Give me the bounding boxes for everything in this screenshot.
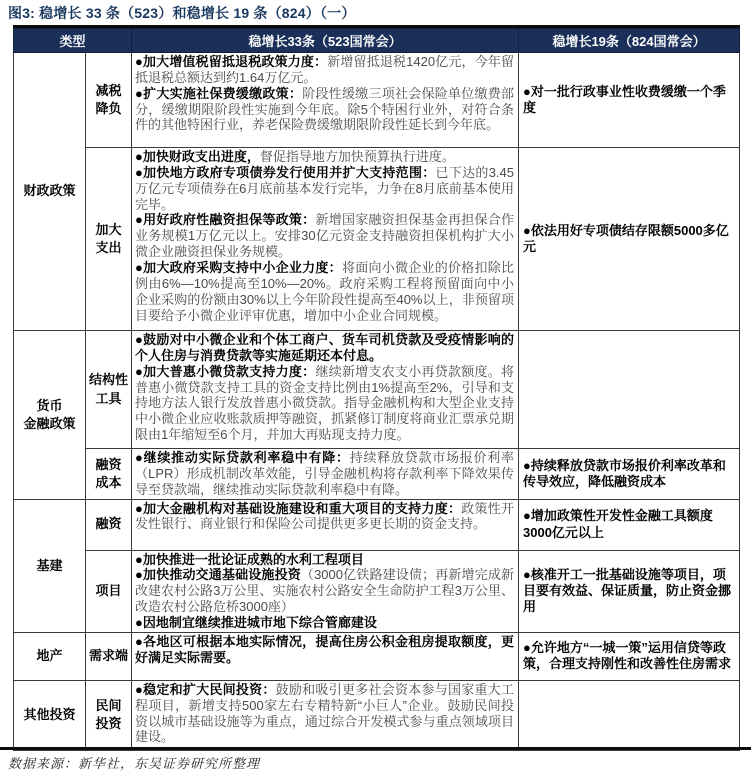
bullet-lead-text: ●加快财政支出进度， bbox=[135, 149, 260, 164]
table-row: 财政政策减税 降负●加大增值税留抵退税政策力度：新增留抵退税1420亿元，今年留… bbox=[14, 53, 740, 148]
subcategory-cell: 需求端 bbox=[86, 632, 132, 680]
policy-824-cell: ●允许地方“一城一策”运用信贷等政策，合理支持刚性和改善性住房需求 bbox=[519, 632, 740, 680]
bullet-lead-text: ●稳定和扩大民间投资： bbox=[135, 682, 276, 697]
bullet-lead-text: ●加快地方政府专项债券发行使用并扩大支持范围： bbox=[135, 165, 436, 180]
bullet-lead-text: ●加大金融机构对基础设施建设和重大项目的支持力度： bbox=[135, 501, 461, 516]
policy-824-cell: ●增加政策性开发性金融工具额度3000亿元以上 bbox=[519, 499, 740, 550]
policy-bullet: ●核准开工一批基础设施等项目，项目要有效益、保证质量，防止资金挪用 bbox=[523, 567, 734, 616]
policy-bullet: ●加快推进一批论证成熟的水利工程项目 bbox=[135, 552, 514, 568]
bullet-lead-text: ●继续推动实际贷款利率稳中有降： bbox=[135, 450, 350, 465]
policy-detail-cell: ●各地区可根据本地实际情况，提高住房公积金租房提取额度，更好满足实际需要。 bbox=[132, 632, 519, 680]
figure-title: 图3: 稳增长 33 条（523）和稳增长 19 条（824）（一） bbox=[8, 3, 356, 23]
policy-detail-cell: ●加快财政支出进度，督促指导地方加快预算执行进度。●加快地方政府专项债券发行使用… bbox=[132, 148, 519, 331]
subcategory-cell: 加大 支出 bbox=[86, 148, 132, 331]
subcategory-cell: 融资 bbox=[86, 499, 132, 550]
policy-bullet: ●加快财政支出进度，督促指导地方加快预算执行进度。 bbox=[135, 149, 514, 165]
policy-detail-cell: ●稳定和扩大民间投资：鼓励和吸引更多社会资本参与国家重大工程项目，新增支持500… bbox=[132, 680, 519, 750]
category-cell: 货币 金融政策 bbox=[14, 331, 86, 500]
table-row: 基建融资●加大金融机构对基础设施建设和重大项目的支持力度：政策性开发性银行、商业… bbox=[14, 499, 740, 550]
data-source-note: 数据来源：新华社，东吴证券研究所整理 bbox=[8, 753, 260, 771]
policy-detail-cell: ●继续推动实际贷款利率稳中有降：持续释放贷款市场报价利率（LPR）形成机制改革效… bbox=[132, 449, 519, 500]
policy-table-body: 财政政策减税 降负●加大增值税留抵退税政策力度：新增留抵退税1420亿元，今年留… bbox=[14, 53, 740, 751]
bullet-lead-text: ●因地制宜继续推进城市地下综合管廊建设 bbox=[135, 615, 377, 630]
header-cell-824: 稳增长19条（824国常会） bbox=[519, 29, 740, 53]
table-row: 融资 成本●继续推动实际贷款利率稳中有降：持续释放贷款市场报价利率（LPR）形成… bbox=[14, 449, 740, 500]
bullet-lead-text: ●加快推进一批论证成熟的水利工程项目 bbox=[135, 552, 364, 567]
subcategory-cell: 减税 降负 bbox=[86, 53, 132, 148]
bullet-lead-text: ●各地区可根据本地实际情况，提高住房公积金租房提取额度，更好满足实际需要。 bbox=[135, 634, 514, 665]
policy-bullet: ●允许地方“一城一策”运用信贷等政策，合理支持刚性和改善性住房需求 bbox=[523, 640, 734, 673]
subcategory-cell: 结构性 工具 bbox=[86, 331, 132, 449]
header-cell-523: 稳增长33条（523国常会） bbox=[132, 29, 519, 53]
subcategory-cell: 融资 成本 bbox=[86, 449, 132, 500]
policy-bullet: ●持续释放贷款市场报价利率改革和传导效应，降低融资成本 bbox=[523, 458, 734, 491]
category-cell: 基建 bbox=[14, 499, 86, 632]
policy-bullet: ●依法用好专项债结存限额5000多亿元 bbox=[523, 223, 734, 256]
subcategory-cell: 项目 bbox=[86, 550, 132, 632]
policy-table: 类型 稳增长33条（523国常会） 稳增长19条（824国常会） 财政政策减税 … bbox=[13, 28, 740, 751]
policy-bullet: ●继续推动实际贷款利率稳中有降：持续释放贷款市场报价利率（LPR）形成机制改革效… bbox=[135, 450, 514, 498]
bullet-lead-text: ●加大增值税留抵退税政策力度： bbox=[135, 54, 327, 69]
policy-detail-cell: ●鼓励对中小微企业和个体工商户、货车司机贷款及受疫情影响的个人住房与消费贷款等实… bbox=[132, 331, 519, 449]
policy-detail-cell: ●加大金融机构对基础设施建设和重大项目的支持力度：政策性开发性银行、商业银行和保… bbox=[132, 499, 519, 550]
policy-bullet: ●稳定和扩大民间投资：鼓励和吸引更多社会资本参与国家重大工程项目，新增支持500… bbox=[135, 682, 514, 745]
bullet-lead-text: ●鼓励对中小微企业和个体工商户、货车司机贷款及受疫情影响的个人住房与消费贷款等实… bbox=[135, 332, 514, 363]
bullet-lead-text: ●扩大实施社保费缓缴政策： bbox=[135, 86, 302, 101]
policy-bullet: ●加大增值税留抵退税政策力度：新增留抵退税1420亿元，今年留抵退税总额达到约1… bbox=[135, 54, 514, 86]
policy-bullet: ●各地区可根据本地实际情况，提高住房公积金租房提取额度，更好满足实际需要。 bbox=[135, 634, 514, 666]
table-row: 货币 金融政策结构性 工具●鼓励对中小微企业和个体工商户、货车司机贷款及受疫情影… bbox=[14, 331, 740, 449]
category-cell: 地产 bbox=[14, 632, 86, 680]
report-figure-page: 图3: 稳增长 33 条（523）和稳增长 19 条（824）（一） 类型 稳增… bbox=[0, 0, 751, 771]
table-header-row: 类型 稳增长33条（523国常会） 稳增长19条（824国常会） bbox=[14, 29, 740, 53]
policy-824-cell: ●依法用好专项债结存限额5000多亿元 bbox=[519, 148, 740, 331]
category-cell: 财政政策 bbox=[14, 53, 86, 331]
policy-824-cell bbox=[519, 680, 740, 750]
header-cell-type: 类型 bbox=[14, 29, 132, 53]
policy-bullet: ●用好政府性融资担保等政策：新增国家融资担保基金再担保合作业务规模1万亿元以上。… bbox=[135, 212, 514, 260]
policy-824-cell: ●对一批行政事业性收费缓缴一个季度 bbox=[519, 53, 740, 148]
bullet-lead-text: ●加大政府采购支持中小企业力度： bbox=[135, 260, 342, 275]
table-row: 加大 支出●加快财政支出进度，督促指导地方加快预算执行进度。●加快地方政府专项债… bbox=[14, 148, 740, 331]
policy-bullet: ●加大政府采购支持中小企业力度：将面向小微企业的价格扣除比例由6%—10%提高至… bbox=[135, 260, 514, 323]
policy-bullet: ●对一批行政事业性收费缓缴一个季度 bbox=[523, 84, 734, 117]
subcategory-cell: 民间 投资 bbox=[86, 680, 132, 750]
policy-bullet: ●加大金融机构对基础设施建设和重大项目的支持力度：政策性开发性银行、商业银行和保… bbox=[135, 501, 514, 533]
bullet-lead-text: ●加快推动交通基础设施投资 bbox=[135, 567, 301, 582]
policy-824-cell bbox=[519, 331, 740, 449]
policy-824-cell: ●持续释放贷款市场报价利率改革和传导效应，降低融资成本 bbox=[519, 449, 740, 500]
category-cell: 其他投资 bbox=[14, 680, 86, 750]
bullet-lead-text: ●加大普惠小微贷款支持力度： bbox=[135, 364, 315, 379]
policy-bullet: ●扩大实施社保费缓缴政策：阶段性缓缴三项社会保险单位缴费部分，缓缴期限阶段性实施… bbox=[135, 86, 514, 134]
policy-detail-cell: ●加快推进一批论证成熟的水利工程项目●加快推动交通基础设施投资（3000亿铁路建… bbox=[132, 550, 519, 632]
policy-bullet: ●加快地方政府专项债券发行使用并扩大支持范围：已下达的3.45万亿元专项债券在6… bbox=[135, 165, 514, 213]
table-row: 地产需求端●各地区可根据本地实际情况，提高住房公积金租房提取额度，更好满足实际需… bbox=[14, 632, 740, 680]
policy-bullet: ●鼓励对中小微企业和个体工商户、货车司机贷款及受疫情影响的个人住房与消费贷款等实… bbox=[135, 332, 514, 364]
policy-bullet: ●加快推动交通基础设施投资（3000亿铁路建设债；再新增完成新改建农村公路3万公… bbox=[135, 567, 514, 615]
policy-detail-cell: ●加大增值税留抵退税政策力度：新增留抵退税1420亿元，今年留抵退税总额达到约1… bbox=[132, 53, 519, 148]
bullet-body-text: 督促指导地方加快预算执行进度。 bbox=[260, 149, 455, 164]
policy-bullet: ●因地制宜继续推进城市地下综合管廊建设 bbox=[135, 615, 514, 631]
table-row: 项目●加快推进一批论证成熟的水利工程项目●加快推动交通基础设施投资（3000亿铁… bbox=[14, 550, 740, 632]
policy-bullet: ●增加政策性开发性金融工具额度3000亿元以上 bbox=[523, 508, 734, 541]
bullet-lead-text: ●用好政府性融资担保等政策： bbox=[135, 212, 315, 227]
policy-824-cell: ●核准开工一批基础设施等项目，项目要有效益、保证质量，防止资金挪用 bbox=[519, 550, 740, 632]
table-row: 其他投资民间 投资●稳定和扩大民间投资：鼓励和吸引更多社会资本参与国家重大工程项… bbox=[14, 680, 740, 750]
policy-bullet: ●加大普惠小微贷款支持力度：继续新增支农支小再贷款额度。将普惠小微贷款支持工具的… bbox=[135, 364, 514, 443]
bottom-rule bbox=[0, 747, 751, 750]
